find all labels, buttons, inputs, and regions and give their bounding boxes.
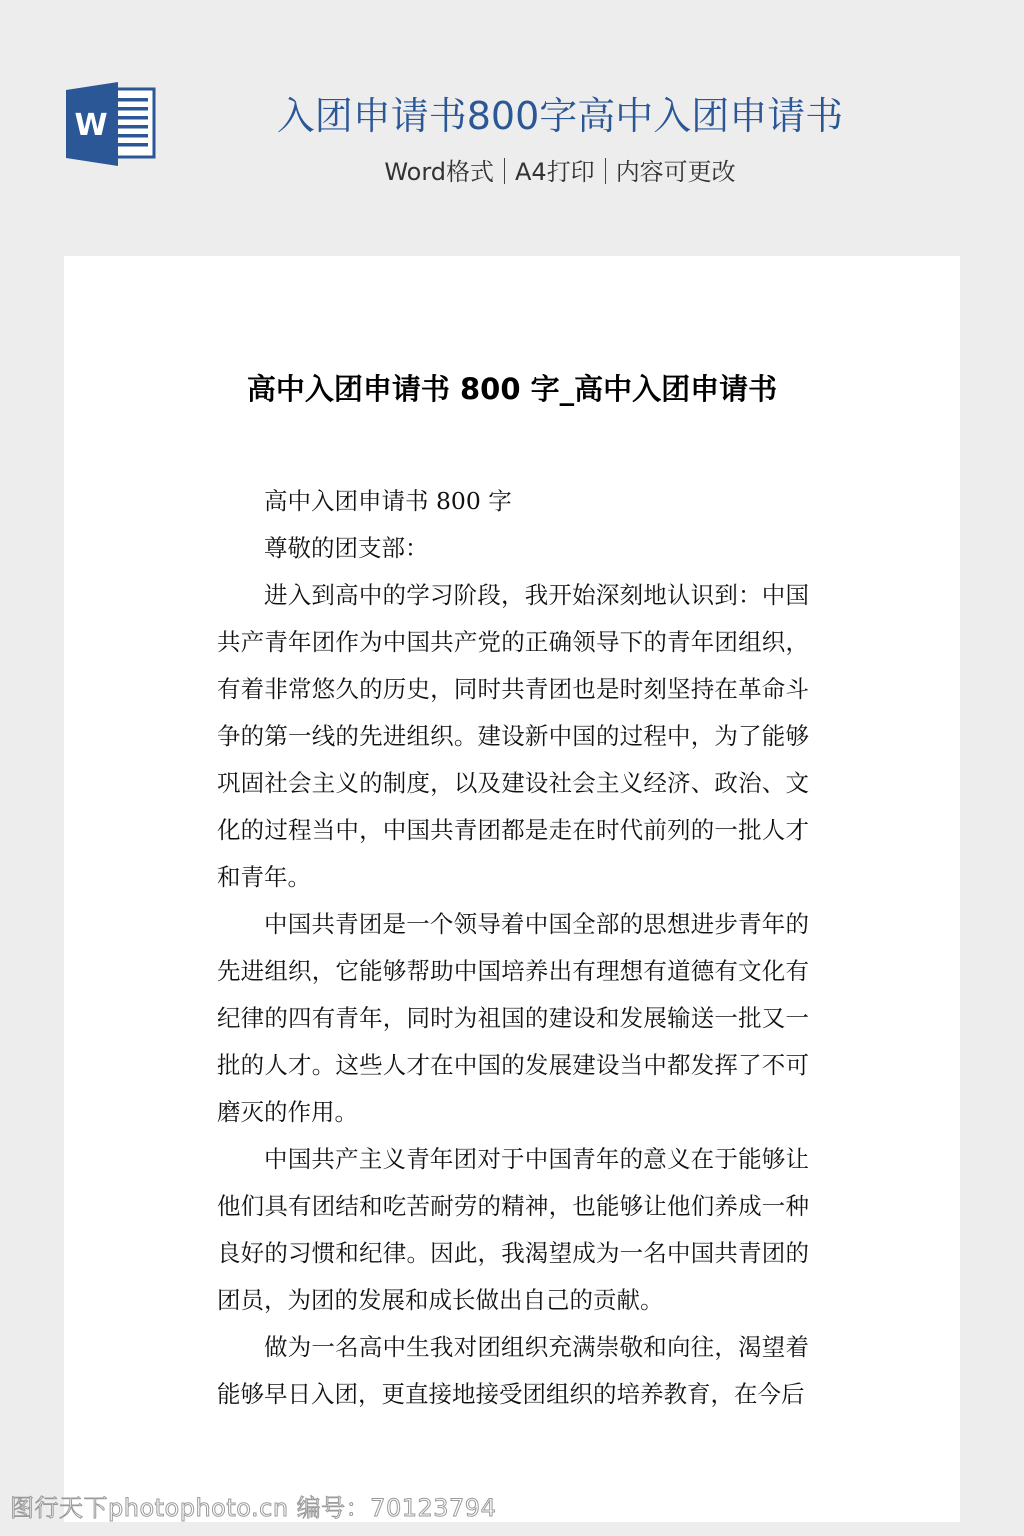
- format-label: Word格式: [384, 158, 494, 186]
- doc-subtitle: 高中入团申请书 800 字: [217, 478, 809, 525]
- document-title: 高中入团申请书 800 字_高中入团申请书: [64, 366, 960, 412]
- banner-subtitle: Word格式A4打印内容可更改: [200, 152, 920, 192]
- document-body: 高中入团申请书 800 字 尊敬的团支部： 进入到高中的学习阶段，我开始深刻地认…: [217, 478, 809, 1418]
- banner-header: W 入团申请书800字高中入团申请书 Word格式A4打印内容可更改: [0, 0, 1024, 256]
- document-page: 高中入团申请书 800 字_高中入团申请书 高中入团申请书 800 字 尊敬的团…: [64, 256, 960, 1522]
- body-paragraph: 做为一名高中生我对团组织充满崇敬和向往，渴望着能够早日入团，更直接地接受团组织的…: [217, 1324, 809, 1418]
- editable-label: 内容可更改: [616, 158, 736, 186]
- body-paragraph: 进入到高中的学习阶段，我开始深刻地认识到：中国共产青年团作为中国共产党的正确领导…: [217, 572, 809, 901]
- body-paragraph: 中国共产主义青年团对于中国青年的意义在于能够让他们具有团结和吃苦耐劳的精神，也能…: [217, 1136, 809, 1324]
- word-document-icon: W: [64, 80, 156, 166]
- banner-title: 入团申请书800字高中入团申请书: [200, 90, 920, 142]
- separator: [504, 158, 505, 184]
- svg-text:W: W: [74, 108, 107, 143]
- watermark: 图行天下photophoto.cn 编号：70123794: [10, 1490, 496, 1526]
- separator: [605, 158, 606, 184]
- body-paragraph: 中国共青团是一个领导着中国全部的思想进步青年的先进组织，它能够帮助中国培养出有理…: [217, 901, 809, 1136]
- salutation: 尊敬的团支部：: [217, 525, 809, 572]
- print-label: A4打印: [515, 158, 595, 186]
